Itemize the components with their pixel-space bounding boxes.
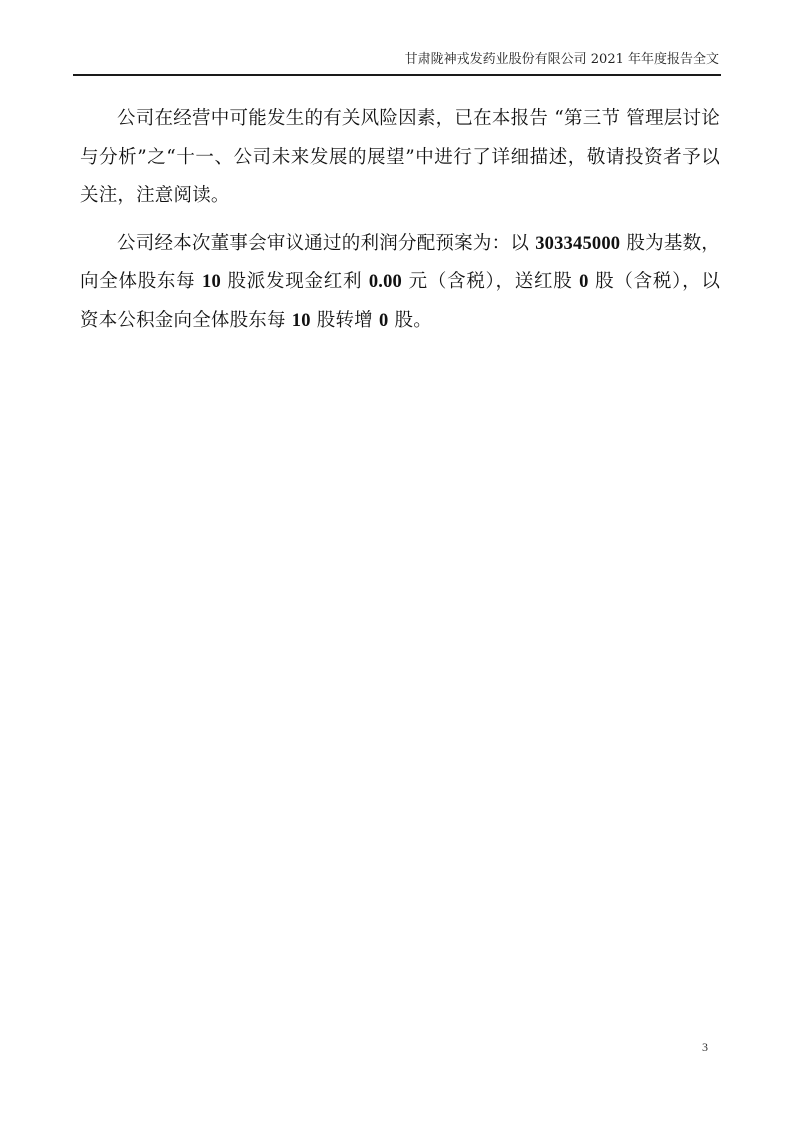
text-segment: 股。: [388, 310, 431, 331]
text-segment: 公司经本次董事会审议通过的利润分配预案为：以: [117, 233, 535, 254]
profit-distribution-paragraph: 公司经本次董事会审议通过的利润分配预案为：以 303345000 股为基数，向全…: [80, 225, 720, 341]
bonus-shares-value: 0: [579, 272, 588, 292]
page-number: 3: [702, 1040, 708, 1055]
text-segment: 元（含税），送红股: [402, 271, 579, 292]
cash-dividend-value: 0.00: [369, 272, 402, 292]
document-body: 公司在经营中可能发生的有关风险因素，已在本报告 “第三节 管理层讨论与分析”之“…: [80, 100, 720, 340]
transfer-shares-value: 0: [379, 311, 388, 331]
per-shares-value: 10: [292, 311, 311, 331]
report-title: 甘肃陇神戎发药业股份有限公司 2021 年年度报告全文: [405, 52, 719, 68]
text-segment: 股派发现金红利: [221, 271, 369, 292]
risk-factors-paragraph: 公司在经营中可能发生的有关风险因素，已在本报告 “第三节 管理层讨论与分析”之“…: [80, 100, 720, 216]
page-header: 甘肃陇神戎发药业股份有限公司 2021 年年度报告全文: [73, 48, 721, 76]
base-shares-value: 303345000: [535, 234, 620, 254]
text-segment: 股转增: [311, 310, 379, 331]
per-shares-value: 10: [202, 272, 221, 292]
